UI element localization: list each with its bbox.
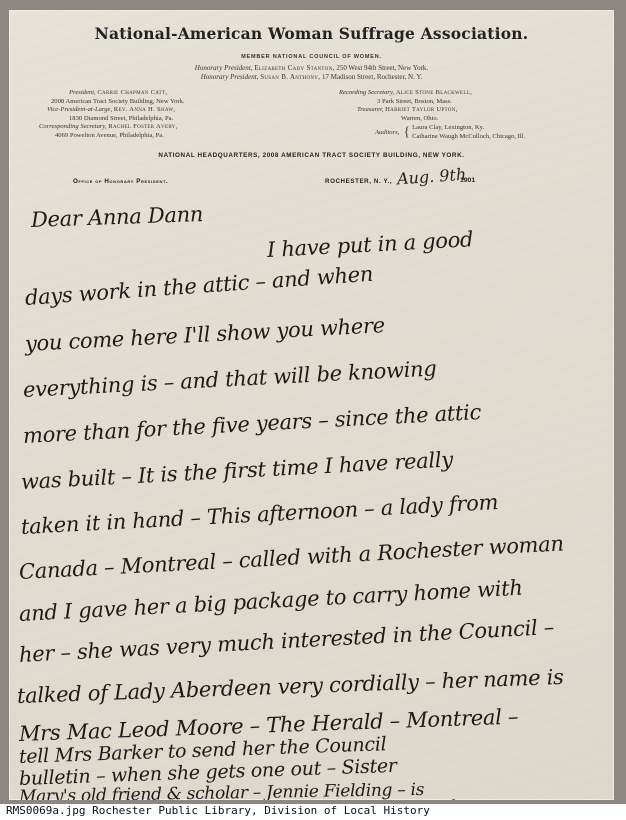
handwritten-line: taken it in hand – This afternoon – a la… [20, 490, 498, 539]
name: Alice Stone Blackwell, [396, 89, 472, 96]
address: 3 Park Street, Boston, Mass. [339, 98, 609, 107]
handwritten-line: days work in the attic – and when [24, 262, 374, 310]
auditor-2: Catharine Waugh McCulloch, Chicago, Ill. [412, 133, 525, 142]
address: Warren, Ohio. [339, 115, 609, 124]
office-line: Office of Honorary President. [73, 178, 168, 185]
letter-page: National-American Woman Suffrage Associa… [9, 10, 614, 800]
handwritten-line: you come here I'll show you where [24, 313, 385, 356]
handwritten-line: her – she was very much interested in th… [18, 615, 554, 667]
role: Treasurer, [357, 106, 383, 113]
officer-corresponding-secretary: Corresponding Secretary, Rachel Foster A… [39, 123, 319, 140]
role: Recording Secretary, [339, 89, 394, 96]
handwritten-line: Canada – Montreal – called with a Roches… [18, 531, 564, 584]
officer-recording-secretary: Recording Secretary, Alice Stone Blackwe… [339, 89, 609, 106]
handwritten-line: and I gave her a big package to carry ho… [18, 576, 523, 626]
role: President, [69, 89, 96, 96]
address: 17 Madison Street, Rochester, N. Y. [322, 73, 422, 81]
honorary-president-2: Honorary President, Susan B. Anthony, 17… [9, 73, 614, 81]
handwritten-line: Dear Anna Dann [31, 202, 204, 232]
handwritten-date: Aug. 9th [396, 165, 466, 189]
address: 250 West 94th Street, New York. [336, 64, 428, 72]
member-line: MEMBER NATIONAL COUNCIL OF WOMEN. [9, 54, 614, 60]
auditors-label: Auditors, [375, 129, 399, 138]
name: Rev. Anna H. Shaw, [114, 106, 176, 113]
address: 4069 Powelton Avenue, Philadelphia, Pa. [39, 132, 319, 141]
officers-right: Recording Secretary, Alice Stone Blackwe… [339, 89, 609, 142]
auditors: Auditors, { Laura Clay, Lexington, Ky. C… [375, 124, 609, 141]
handwritten-line: I have put in a good [266, 227, 473, 262]
officers-left: President, Carrie Chapman Catt, 2008 Ame… [39, 89, 319, 141]
handwritten-line: talked of Lady Aberdeen very cordially –… [17, 665, 564, 708]
office-text: Office of Honorary President. [73, 178, 168, 185]
place-line: ROCHESTER, N. Y., [325, 178, 392, 185]
address: 1830 Diamond Street, Philadelphia, Pa. [39, 115, 319, 124]
role: Vice-President-at-Large, [47, 106, 112, 113]
auditor-1: Laura Clay, Lexington, Ky. [412, 124, 525, 133]
name: Rachel Foster Avery, [108, 123, 177, 130]
role: Corresponding Secretary, [39, 123, 107, 130]
address: 2008 American Tract Society Building, Ne… [39, 98, 319, 107]
role: Honorary President, [201, 73, 259, 81]
image-caption: RMS0069a.jpg Rochester Public Library, D… [6, 804, 430, 817]
brace-icon: { [403, 126, 410, 140]
officer-president: President, Carrie Chapman Catt, 2008 Ame… [39, 89, 319, 106]
handwritten-line: more than for the five years – since the… [22, 400, 481, 448]
officer-treasurer: Treasurer, Harriet Taylor Upton, Warren,… [339, 106, 609, 123]
name: Elizabeth Cady Stanton, [254, 64, 334, 72]
role: Honorary President, [195, 64, 253, 72]
year: 1901 [460, 177, 475, 184]
handwritten-line: was built – It is the first time I have … [20, 447, 453, 494]
honorary-president-1: Honorary President, Elizabeth Cady Stant… [9, 64, 614, 72]
headquarters-line: NATIONAL HEADQUARTERS, 2008 AMERICAN TRA… [9, 152, 614, 159]
handwritten-line: everything is – and that will be knowing [22, 356, 437, 402]
officer-vice-president: Vice-President-at-Large, Rev. Anna H. Sh… [39, 106, 319, 123]
name: Harriet Taylor Upton, [385, 106, 457, 113]
letterhead-title: National-American Woman Suffrage Associa… [9, 24, 614, 43]
name: Carrie Chapman Catt, [97, 89, 167, 96]
name: Susan B. Anthony, [260, 73, 320, 81]
